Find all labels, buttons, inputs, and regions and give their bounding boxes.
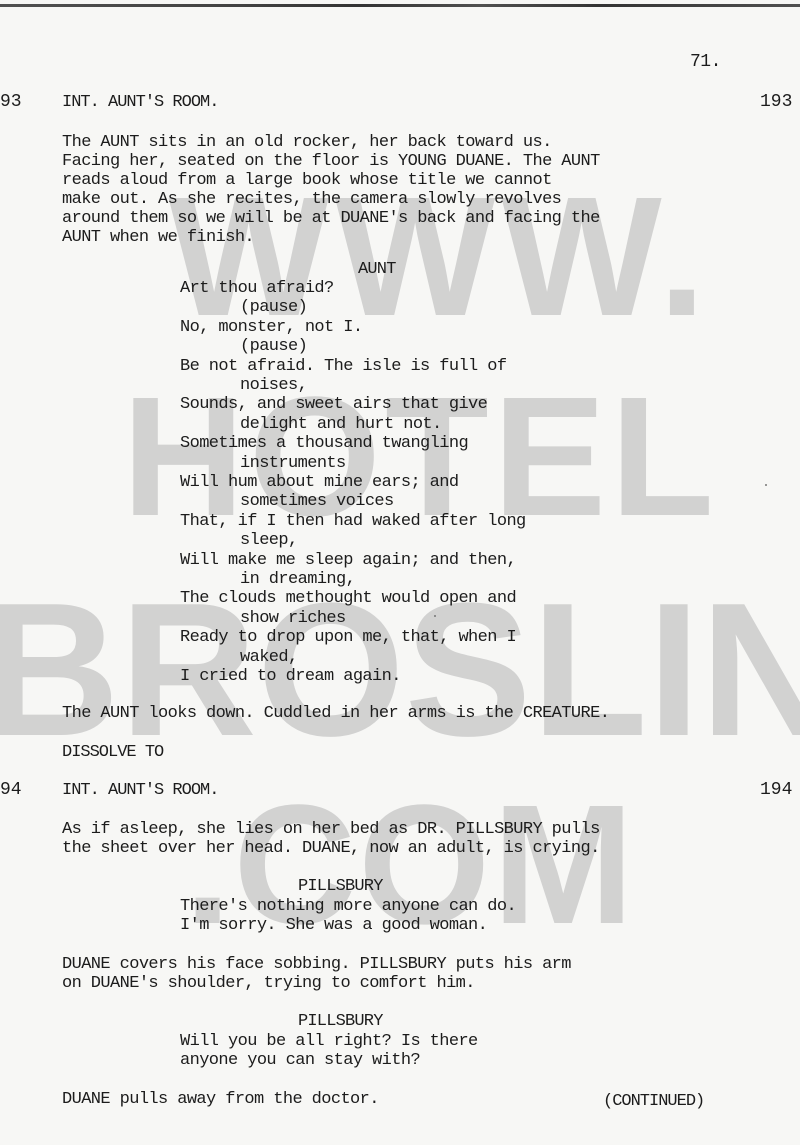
action-line: The AUNT sits in an old rocker, her back… bbox=[62, 133, 552, 153]
dialogue-line: anyone you can stay with? bbox=[180, 1051, 420, 1071]
action-line: Facing her, seated on the floor is YOUNG… bbox=[62, 152, 600, 172]
action-line: the sheet over her head. DUANE, now an a… bbox=[62, 839, 600, 859]
screenplay-page: 71. 93 INT. AUNT'S ROOM. 193 The AUNT si… bbox=[0, 0, 800, 1145]
page-number: 71. bbox=[690, 52, 721, 72]
scene-number-right: 193 bbox=[760, 92, 792, 112]
dialogue-line: I'm sorry. She was a good woman. bbox=[180, 916, 487, 936]
dialogue-line: instruments bbox=[240, 454, 346, 474]
dialogue-line: That, if I then had waked after long bbox=[180, 512, 526, 532]
dialogue-line: sleep, bbox=[240, 531, 298, 551]
dialogue-line: Will you be all right? Is there bbox=[180, 1032, 478, 1052]
action-line: around them so we will be at DUANE's bac… bbox=[62, 209, 600, 229]
scene-heading: INT. AUNT'S ROOM. bbox=[62, 93, 218, 112]
action-line: on DUANE's shoulder, trying to comfort h… bbox=[62, 974, 475, 994]
dialogue-line: Be not afraid. The isle is full of bbox=[180, 357, 506, 377]
transition: DISSOLVE TO bbox=[62, 743, 163, 763]
dialogue-line: waked, bbox=[240, 648, 298, 668]
action-line: DUANE covers his face sobbing. PILLSBURY… bbox=[62, 955, 571, 975]
dialogue-line: Art thou afraid? bbox=[180, 279, 334, 299]
parenthetical: (pause) bbox=[240, 337, 307, 357]
character-cue: PILLSBURY bbox=[298, 1012, 383, 1031]
dialogue-line: show riches bbox=[240, 609, 346, 629]
action-line: make out. As she recites, the camera slo… bbox=[62, 190, 561, 210]
paper-speck bbox=[434, 615, 436, 617]
paper-speck bbox=[765, 484, 767, 486]
action-line: AUNT when we finish. bbox=[62, 228, 254, 248]
dialogue-line: Sometimes a thousand twangling bbox=[180, 434, 468, 454]
scene-number-left: 93 bbox=[0, 92, 22, 112]
dialogue-line: There's nothing more anyone can do. bbox=[180, 897, 516, 917]
character-cue: PILLSBURY bbox=[298, 877, 383, 896]
dialogue-line: sometimes voices bbox=[240, 492, 394, 512]
dialogue-line: Will make me sleep again; and then, bbox=[180, 551, 516, 571]
action-line: The AUNT looks down. Cuddled in her arms… bbox=[62, 704, 609, 724]
scene-heading: INT. AUNT'S ROOM. bbox=[62, 781, 218, 800]
character-cue: AUNT bbox=[358, 260, 396, 279]
action-line: reads aloud from a large book whose titl… bbox=[62, 171, 552, 191]
dialogue-line: Ready to drop upon me, that, when I bbox=[180, 628, 516, 648]
action-line: As if asleep, she lies on her bed as DR.… bbox=[62, 820, 600, 840]
scene-number-right: 194 bbox=[760, 780, 792, 800]
dialogue-line: in dreaming, bbox=[240, 570, 355, 590]
scene-number-left: 94 bbox=[0, 780, 22, 800]
dialogue-line: noises, bbox=[240, 376, 307, 396]
dialogue-line: No, monster, not I. bbox=[180, 318, 362, 338]
dialogue-line: I cried to dream again. bbox=[180, 667, 401, 687]
dialogue-line: delight and hurt not. bbox=[240, 415, 442, 435]
continued-marker: (CONTINUED) bbox=[603, 1092, 704, 1111]
dialogue-line: Will hum about mine ears; and bbox=[180, 473, 458, 493]
dialogue-line: Sounds, and sweet airs that give bbox=[180, 395, 487, 415]
action-line: DUANE pulls away from the doctor. bbox=[62, 1090, 379, 1110]
parenthetical: (pause) bbox=[240, 298, 307, 318]
dialogue-line: The clouds methought would open and bbox=[180, 589, 516, 609]
